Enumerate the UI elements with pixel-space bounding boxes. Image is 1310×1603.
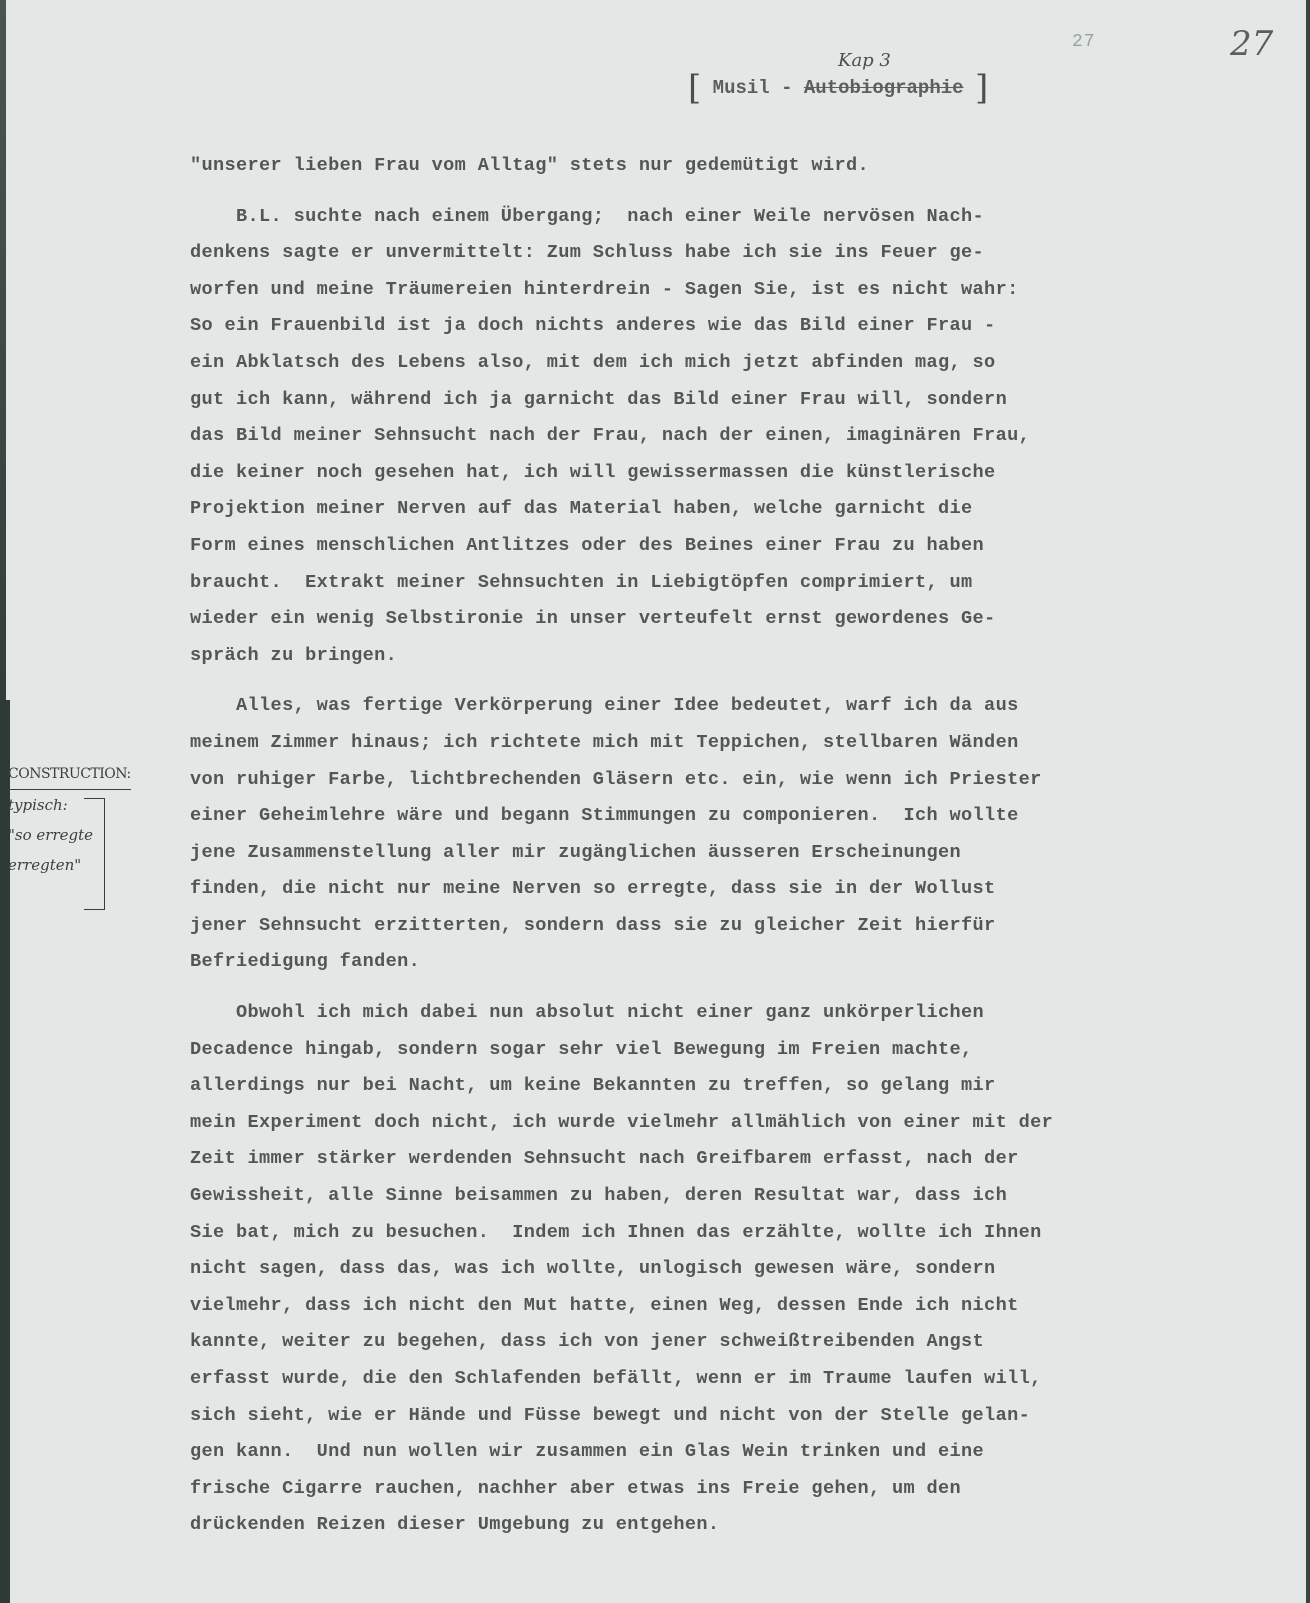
header-inserted-note: Kap 3 — [838, 50, 891, 71]
text-line: finden, die nicht nur meine Nerven so er… — [190, 871, 1210, 908]
paragraph-gap — [190, 185, 1210, 199]
text-line: B.L. suchte nach einem Übergang; nach ei… — [190, 199, 1210, 236]
text-line: erfasst wurde, die den Schlafenden befäl… — [190, 1361, 1210, 1398]
margin-bracket-mark — [84, 798, 105, 910]
scan-edge-right — [1306, 0, 1310, 1603]
header-close-bracket: ] — [975, 68, 988, 108]
header-struck-word: Autobiographie — [804, 77, 964, 99]
text-line: allerdings nur bei Nacht, um keine Bekan… — [190, 1068, 1210, 1105]
text-line: Sie bat, mich zu besuchen. Indem ich Ihn… — [190, 1215, 1210, 1252]
text-line: mein Experiment doch nicht, ich wurde vi… — [190, 1105, 1210, 1142]
header-author: Musil - — [713, 77, 793, 99]
text-line: von ruhiger Farbe, lichtbrechenden Gläse… — [190, 762, 1210, 799]
text-line: nicht sagen, dass das, was ich wollte, u… — [190, 1251, 1210, 1288]
typed-page-number: 27 — [1072, 32, 1096, 52]
text-line: worfen und meine Träumereien hinterdrein… — [190, 272, 1210, 309]
text-line: Alles, was fertige Verkörperung einer Id… — [190, 688, 1210, 725]
text-line: wieder ein wenig Selbstironie in unser v… — [190, 601, 1210, 638]
text-line: "unserer lieben Frau vom Alltag" stets n… — [190, 148, 1210, 185]
margin-note-line: typisch: — [8, 790, 148, 820]
text-line: Befriedigung fanden. — [190, 944, 1210, 981]
text-line: das Bild meiner Sehnsucht nach der Frau,… — [190, 418, 1210, 455]
text-line: Obwohl ich mich dabei nun absolut nicht … — [190, 995, 1210, 1032]
text-line: Gewissheit, alle Sinne beisammen zu habe… — [190, 1178, 1210, 1215]
paragraph-gap — [190, 674, 1210, 688]
text-line: frische Cigarre rauchen, nachher aber et… — [190, 1471, 1210, 1508]
text-line: Zeit immer stärker werdenden Sehnsucht n… — [190, 1141, 1210, 1178]
text-line: Projektion meiner Nerven auf das Materia… — [190, 491, 1210, 528]
text-line: ein Abklatsch des Lebens also, mit dem i… — [190, 345, 1210, 382]
text-line: sich sieht, wie er Hände und Füsse beweg… — [190, 1398, 1210, 1435]
text-line: jener Sehnsucht erzitterten, sondern das… — [190, 908, 1210, 945]
margin-annotation: CONSTRUCTION: typisch: "so erregte erreg… — [8, 758, 148, 880]
text-line: einer Geheimlehre wäre und begann Stimmu… — [190, 798, 1210, 835]
text-line: Form eines menschlichen Antlitzes oder d… — [190, 528, 1210, 565]
text-line: gut ich kann, während ich ja garnicht da… — [190, 382, 1210, 419]
margin-note-title: CONSTRUCTION: — [8, 759, 131, 790]
text-line: braucht. Extrakt meiner Sehnsuchten in L… — [190, 565, 1210, 602]
typed-body-text: "unserer lieben Frau vom Alltag" stets n… — [190, 148, 1210, 1544]
margin-note-line: "so erregte — [8, 820, 148, 850]
text-line: denkens sagte er unvermittelt: Zum Schlu… — [190, 235, 1210, 272]
header-open-bracket: [ — [688, 68, 701, 108]
margin-note-line: erregten" — [8, 850, 148, 880]
text-line: kannte, weiter zu begehen, dass ich von … — [190, 1324, 1210, 1361]
text-line: drückenden Reizen dieser Umgebung zu ent… — [190, 1507, 1210, 1544]
text-line: jene Zusammenstellung aller mir zugängli… — [190, 835, 1210, 872]
text-line: die keiner noch gesehen hat, ich will ge… — [190, 455, 1210, 492]
handwritten-page-number: 27 — [1230, 24, 1273, 64]
text-line: vielmehr, dass ich nicht den Mut hatte, … — [190, 1288, 1210, 1325]
document-header: [ Musil - Autobiographie Kap 3 ] — [688, 68, 988, 108]
text-line: Decadence hingab, sondern sogar sehr vie… — [190, 1032, 1210, 1069]
text-line: meinem Zimmer hinaus; ich richtete mich … — [190, 725, 1210, 762]
text-line: spräch zu bringen. — [190, 638, 1210, 675]
text-line: So ein Frauenbild ist ja doch nichts and… — [190, 308, 1210, 345]
text-line: gen kann. Und nun wollen wir zusammen ei… — [190, 1434, 1210, 1471]
paragraph-gap — [190, 981, 1210, 995]
